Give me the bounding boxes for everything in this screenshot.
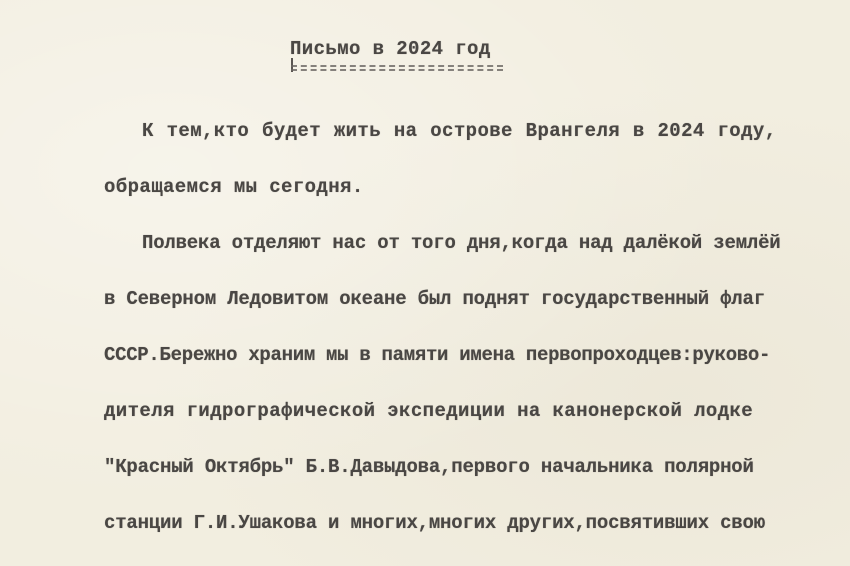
title-underline bbox=[291, 65, 503, 71]
text-line-3: Полвека отделяют нас от того дня,когда н… bbox=[142, 232, 781, 254]
text-line-2: обращаемся мы сегодня. bbox=[104, 176, 364, 198]
document-title: Письмо в 2024 год bbox=[290, 38, 491, 60]
text-line-1: К тем,кто будет жить на острове Врангеля… bbox=[142, 120, 777, 142]
text-line-6: дителя гидрографической экспедиции на ка… bbox=[104, 400, 753, 422]
text-line-5: СССР.Бережно храним мы в памяти имена пе… bbox=[104, 344, 770, 366]
text-line-7: "Красный Октябрь" Б.В.Давыдова,первого н… bbox=[104, 456, 754, 478]
text-line-4: в Северном Ледовитом океане был поднят г… bbox=[104, 288, 765, 310]
document-page: Письмо в 2024 год К тем,кто будет жить н… bbox=[0, 0, 850, 566]
text-line-8: станции Г.И.Ушакова и многих,многих друг… bbox=[104, 512, 765, 534]
